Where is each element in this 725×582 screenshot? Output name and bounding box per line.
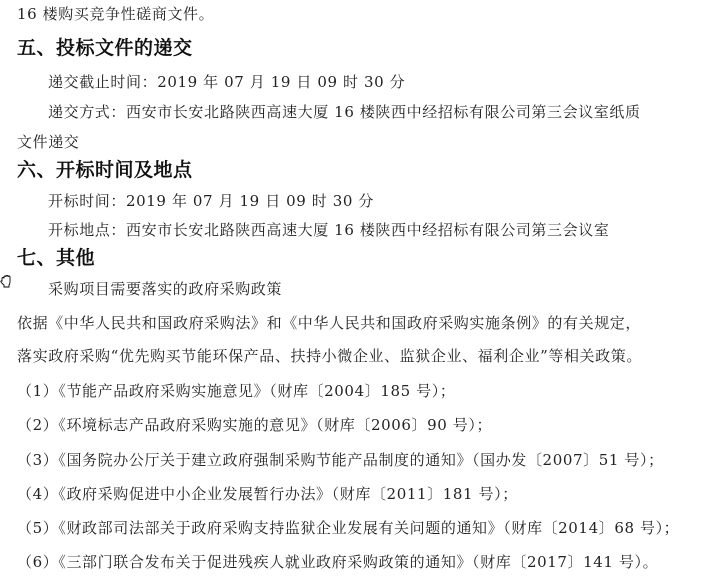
submission-method-line1: 递交方式：西安市长安北路陕西高速大厦 16 楼陕西中经招标有限公司第三会议室纸质: [48, 102, 641, 122]
opening-place: 开标地点：西安市长安北路陕西高速大厦 16 楼陕西中经招标有限公司第三会议室: [48, 220, 609, 240]
section5-heading: 五、投标文件的递交: [17, 36, 193, 60]
section6-heading: 六、开标时间及地点: [17, 158, 193, 182]
section7-heading: 七、其他: [17, 246, 95, 270]
intro-tail-text: 16 楼购买竞争性磋商文件。: [17, 4, 214, 24]
submission-method-line2: 文件递交: [17, 132, 79, 152]
policy-item-4: （4）《政府采购促进中小企业发展暂行办法》（财库〔2011〕181 号）；: [17, 484, 518, 504]
policy-item-5: （5）《财政部司法部关于政府采购支持监狱企业发展有关问题的通知》（财库〔2014…: [17, 518, 679, 538]
policy-paragraph-line1: 依据《中华人民共和国政府采购法》和《中华人民共和国政府采购实施条例》的有关规定，: [17, 313, 641, 333]
policy-subheading: 采购项目需要落实的政府采购政策: [48, 279, 282, 299]
policy-item-2: （2）《环境标志产品政府采购实施的意见》（财库〔2006〕90 号）；: [17, 415, 492, 435]
policy-paragraph-line2: 落实政府采购“优先购买节能环保产品、扶持小微企业、监狱企业、福利企业”等相关政策…: [17, 346, 642, 366]
policy-item-6: （6）《三部门联合发布关于促进残疾人就业政府采购政策的通知》（财库〔2017〕1…: [17, 552, 658, 572]
policy-item-3: （3）《国务院办公厅关于建立政府强制采购节能产品制度的通知》（国办发〔2007〕…: [17, 450, 664, 470]
policy-item-1: （1）《节能产品政府采购实施意见》（财库〔2004〕185 号）；: [17, 381, 455, 401]
hand-cursor-icon: [0, 274, 14, 290]
submission-deadline: 递交截止时间：2019 年 07 月 19 日 09 时 30 分: [48, 72, 405, 92]
opening-time: 开标时间：2019 年 07 月 19 日 09 时 30 分: [48, 191, 374, 211]
